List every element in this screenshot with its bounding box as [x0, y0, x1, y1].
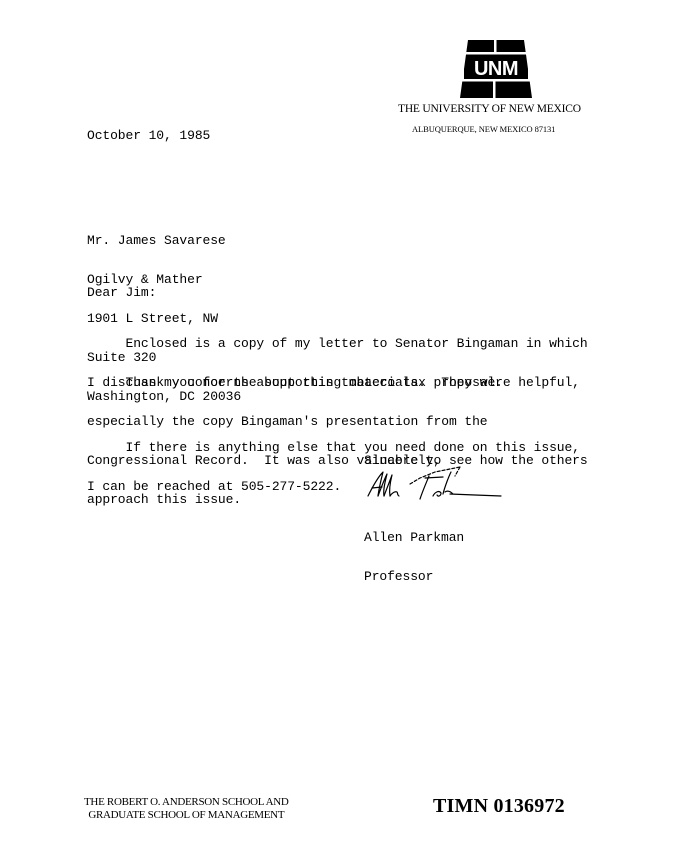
document-id: TIMN 0136972 — [433, 795, 565, 818]
signer-title: Professor — [364, 570, 464, 583]
paragraph-line: Enclosed is a copy of my letter to Senat… — [87, 337, 588, 350]
body-paragraph: If there is anything else that you need … — [87, 415, 580, 506]
institution-name: THE UNIVERSITY OF NEW MEXICO — [398, 103, 581, 115]
signer-name: Allen Parkman — [364, 531, 464, 544]
paragraph-line: Thank you for the supporting materials. … — [87, 376, 588, 389]
address-line: Mr. James Savarese — [87, 234, 241, 247]
salutation: Dear Jim: — [87, 286, 156, 299]
footer-line: THE ROBERT O. ANDERSON SCHOOL AND — [84, 796, 289, 809]
footer-school-name: THE ROBERT O. ANDERSON SCHOOL AND GRADUA… — [84, 796, 289, 822]
unm-logo-icon: UNM — [460, 40, 532, 98]
handwritten-signature-icon — [365, 466, 505, 506]
paragraph-line: If there is anything else that you need … — [87, 441, 580, 454]
svg-text:UNM: UNM — [474, 58, 518, 80]
letter-date: October 10, 1985 — [87, 129, 210, 142]
signer-block: Allen Parkman Professor — [364, 505, 464, 596]
paragraph-line: I can be reached at 505-277-5222. — [87, 480, 580, 493]
institution-address: ALBUQUERQUE, NEW MEXICO 87131 — [412, 124, 555, 134]
footer-line: GRADUATE SCHOOL OF MANAGEMENT — [84, 809, 289, 822]
